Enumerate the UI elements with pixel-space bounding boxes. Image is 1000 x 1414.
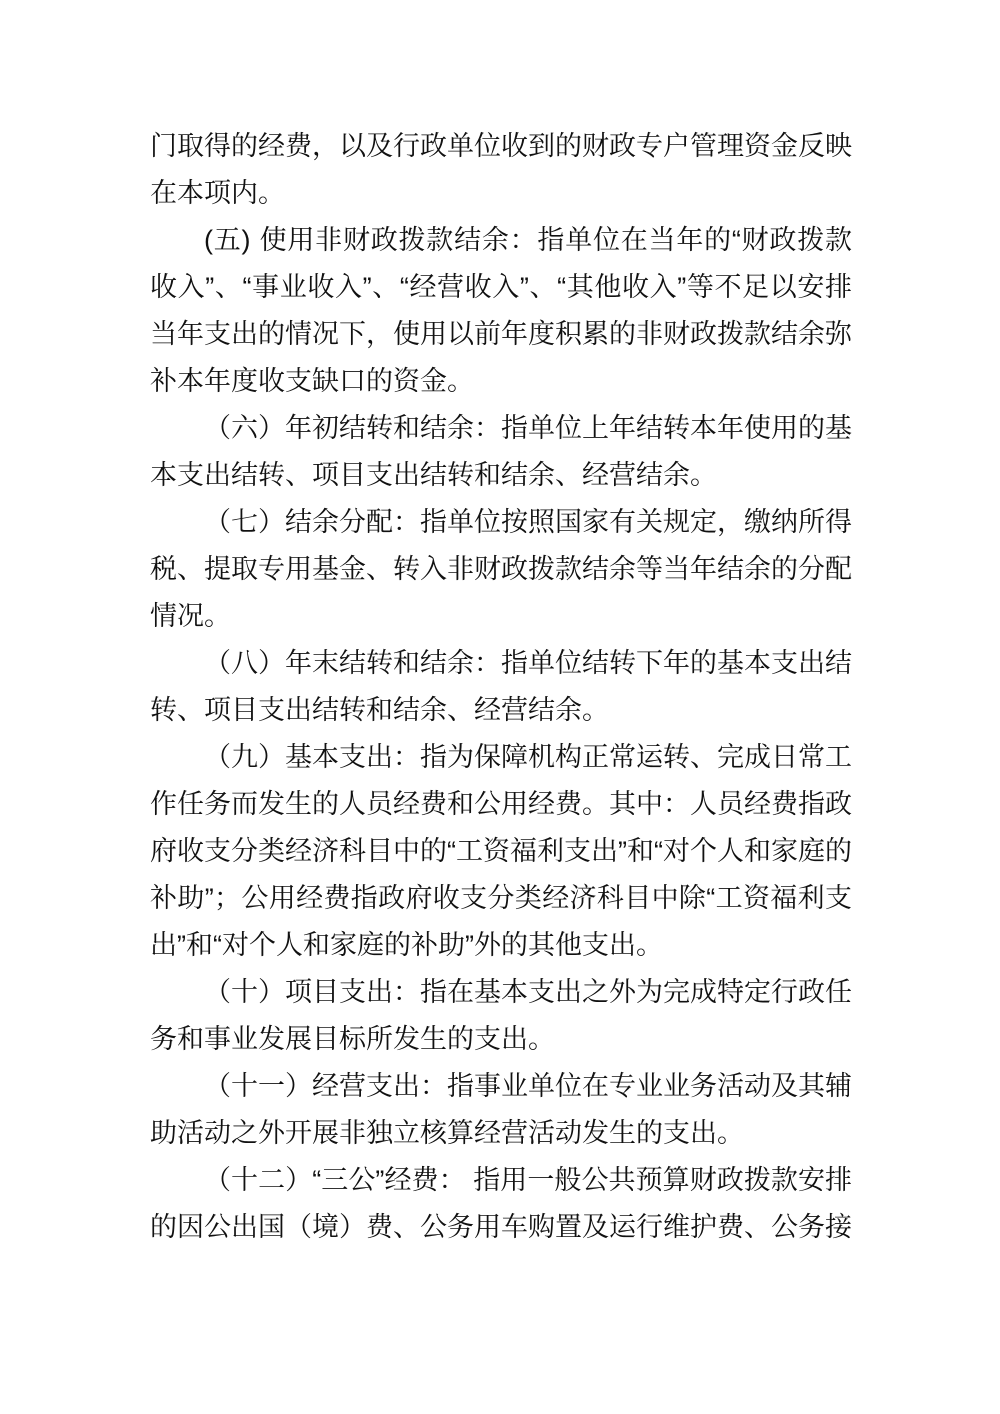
text-line-content: （六）年初结转和结余：指单位上年结转本年使用的基 xyxy=(204,405,852,452)
text-line-content: 府收支分类经济科目中的“工资福利支出”和“对个人和家庭的 xyxy=(150,828,852,875)
text-line: （六）年初结转和结余：指单位上年结转本年使用的基 xyxy=(150,405,852,452)
text-line-content: (五) 使用非财政拨款结余：指单位在当年的“财政拨款 xyxy=(204,217,853,264)
text-line: 补助”；公用经费指政府收支分类经济科目中除“工资福利支 xyxy=(150,875,852,922)
text-line: （十一）经营支出：指事业单位在专业业务活动及其辅 xyxy=(150,1063,852,1110)
text-line-content: 收入”、“事业收入”、“经营收入”、“其他收入”等不足以安排 xyxy=(150,264,853,311)
text-line: 作任务而发生的人员经费和公用经费。其中：人员经费指政 xyxy=(150,781,852,828)
text-line: 门取得的经费，以及行政单位收到的财政专户管理资金反映 xyxy=(150,123,852,170)
text-line-content: 转、项目支出结转和结余、经营结余。 xyxy=(150,687,609,734)
text-line: （十）项目支出：指在基本支出之外为完成特定行政任 xyxy=(150,969,852,1016)
text-line-content: 本支出结转、项目支出结转和结余、经营结余。 xyxy=(150,452,717,499)
text-line: 府收支分类经济科目中的“工资福利支出”和“对个人和家庭的 xyxy=(150,828,852,875)
text-line: (五) 使用非财政拨款结余：指单位在当年的“财政拨款 xyxy=(150,217,852,264)
text-line-content: 的因公出国（境）费、公务用车购置及运行维护费、公务接 xyxy=(150,1204,852,1251)
text-line-content: 作任务而发生的人员经费和公用经费。其中：人员经费指政 xyxy=(150,781,852,828)
text-line-content: （十一）经营支出：指事业单位在专业业务活动及其辅 xyxy=(204,1063,852,1110)
text-line: 出”和“对个人和家庭的补助”外的其他支出。 xyxy=(150,922,852,969)
text-line: 当年支出的情况下，使用以前年度积累的非财政拨款结余弥 xyxy=(150,311,852,358)
text-line-content: （七）结余分配：指单位按照国家有关规定，缴纳所得 xyxy=(204,499,852,546)
text-line: 补本年度收支缺口的资金。 xyxy=(150,358,852,405)
text-line: （九）基本支出：指为保障机构正常运转、完成日常工 xyxy=(150,734,852,781)
text-line: 助活动之外开展非独立核算经营活动发生的支出。 xyxy=(150,1110,852,1157)
text-line: 务和事业发展目标所发生的支出。 xyxy=(150,1016,852,1063)
text-line-content: （八）年末结转和结余：指单位结转下年的基本支出结 xyxy=(204,640,852,687)
text-line: （十二）“三公”经费： 指用一般公共预算财政拨款安排 xyxy=(150,1157,852,1204)
text-line-content: 务和事业发展目标所发生的支出。 xyxy=(150,1016,555,1063)
text-line-content: （十二）“三公”经费： 指用一般公共预算财政拨款安排 xyxy=(204,1157,852,1204)
text-line-content: 税、提取专用基金、转入非财政拨款结余等当年结余的分配 xyxy=(150,546,852,593)
text-line-content: （十）项目支出：指在基本支出之外为完成特定行政任 xyxy=(204,969,852,1016)
text-line-content: 在本项内。 xyxy=(150,170,285,217)
text-line-content: （九）基本支出：指为保障机构正常运转、完成日常工 xyxy=(204,734,852,781)
text-line: 税、提取专用基金、转入非财政拨款结余等当年结余的分配 xyxy=(150,546,852,593)
text-line-content: 助活动之外开展非独立核算经营活动发生的支出。 xyxy=(150,1110,744,1157)
text-line-content: 补助”；公用经费指政府收支分类经济科目中除“工资福利支 xyxy=(150,875,852,922)
text-line-content: 门取得的经费，以及行政单位收到的财政专户管理资金反映 xyxy=(150,123,852,170)
text-line-content: 出”和“对个人和家庭的补助”外的其他支出。 xyxy=(150,922,663,969)
text-line: 在本项内。 xyxy=(150,170,852,217)
text-line: 的因公出国（境）费、公务用车购置及运行维护费、公务接 xyxy=(150,1204,852,1251)
text-line: 情况。 xyxy=(150,593,852,640)
text-line: 转、项目支出结转和结余、经营结余。 xyxy=(150,687,852,734)
text-line: （八）年末结转和结余：指单位结转下年的基本支出结 xyxy=(150,640,852,687)
text-line: 收入”、“事业收入”、“经营收入”、“其他收入”等不足以安排 xyxy=(150,264,852,311)
text-line-content: 情况。 xyxy=(150,593,231,640)
text-block: 门取得的经费，以及行政单位收到的财政专户管理资金反映 在本项内。 (五) 使用非… xyxy=(150,123,852,1251)
text-line: （七）结余分配：指单位按照国家有关规定，缴纳所得 xyxy=(150,499,852,546)
text-line: 本支出结转、项目支出结转和结余、经营结余。 xyxy=(150,452,852,499)
text-line-content: 补本年度收支缺口的资金。 xyxy=(150,358,474,405)
text-line-content: 当年支出的情况下，使用以前年度积累的非财政拨款结余弥 xyxy=(150,311,852,358)
document-page: 门取得的经费，以及行政单位收到的财政专户管理资金反映 在本项内。 (五) 使用非… xyxy=(0,0,1000,1414)
